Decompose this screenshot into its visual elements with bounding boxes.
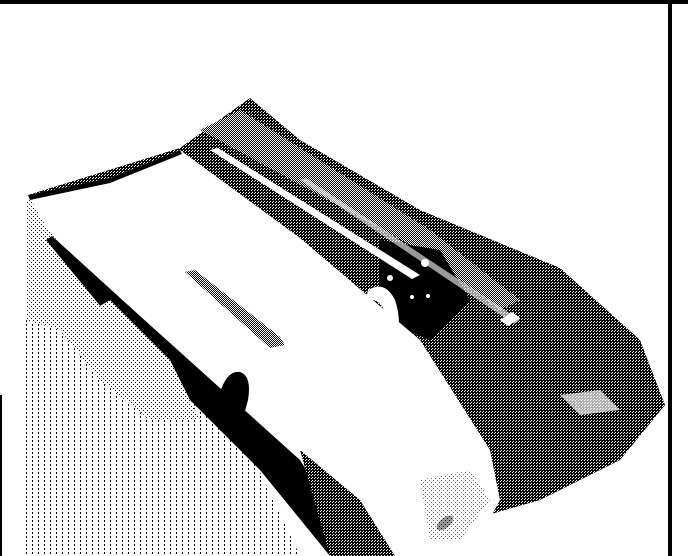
typewriter-photo xyxy=(0,0,688,556)
photo-frame xyxy=(0,0,688,556)
